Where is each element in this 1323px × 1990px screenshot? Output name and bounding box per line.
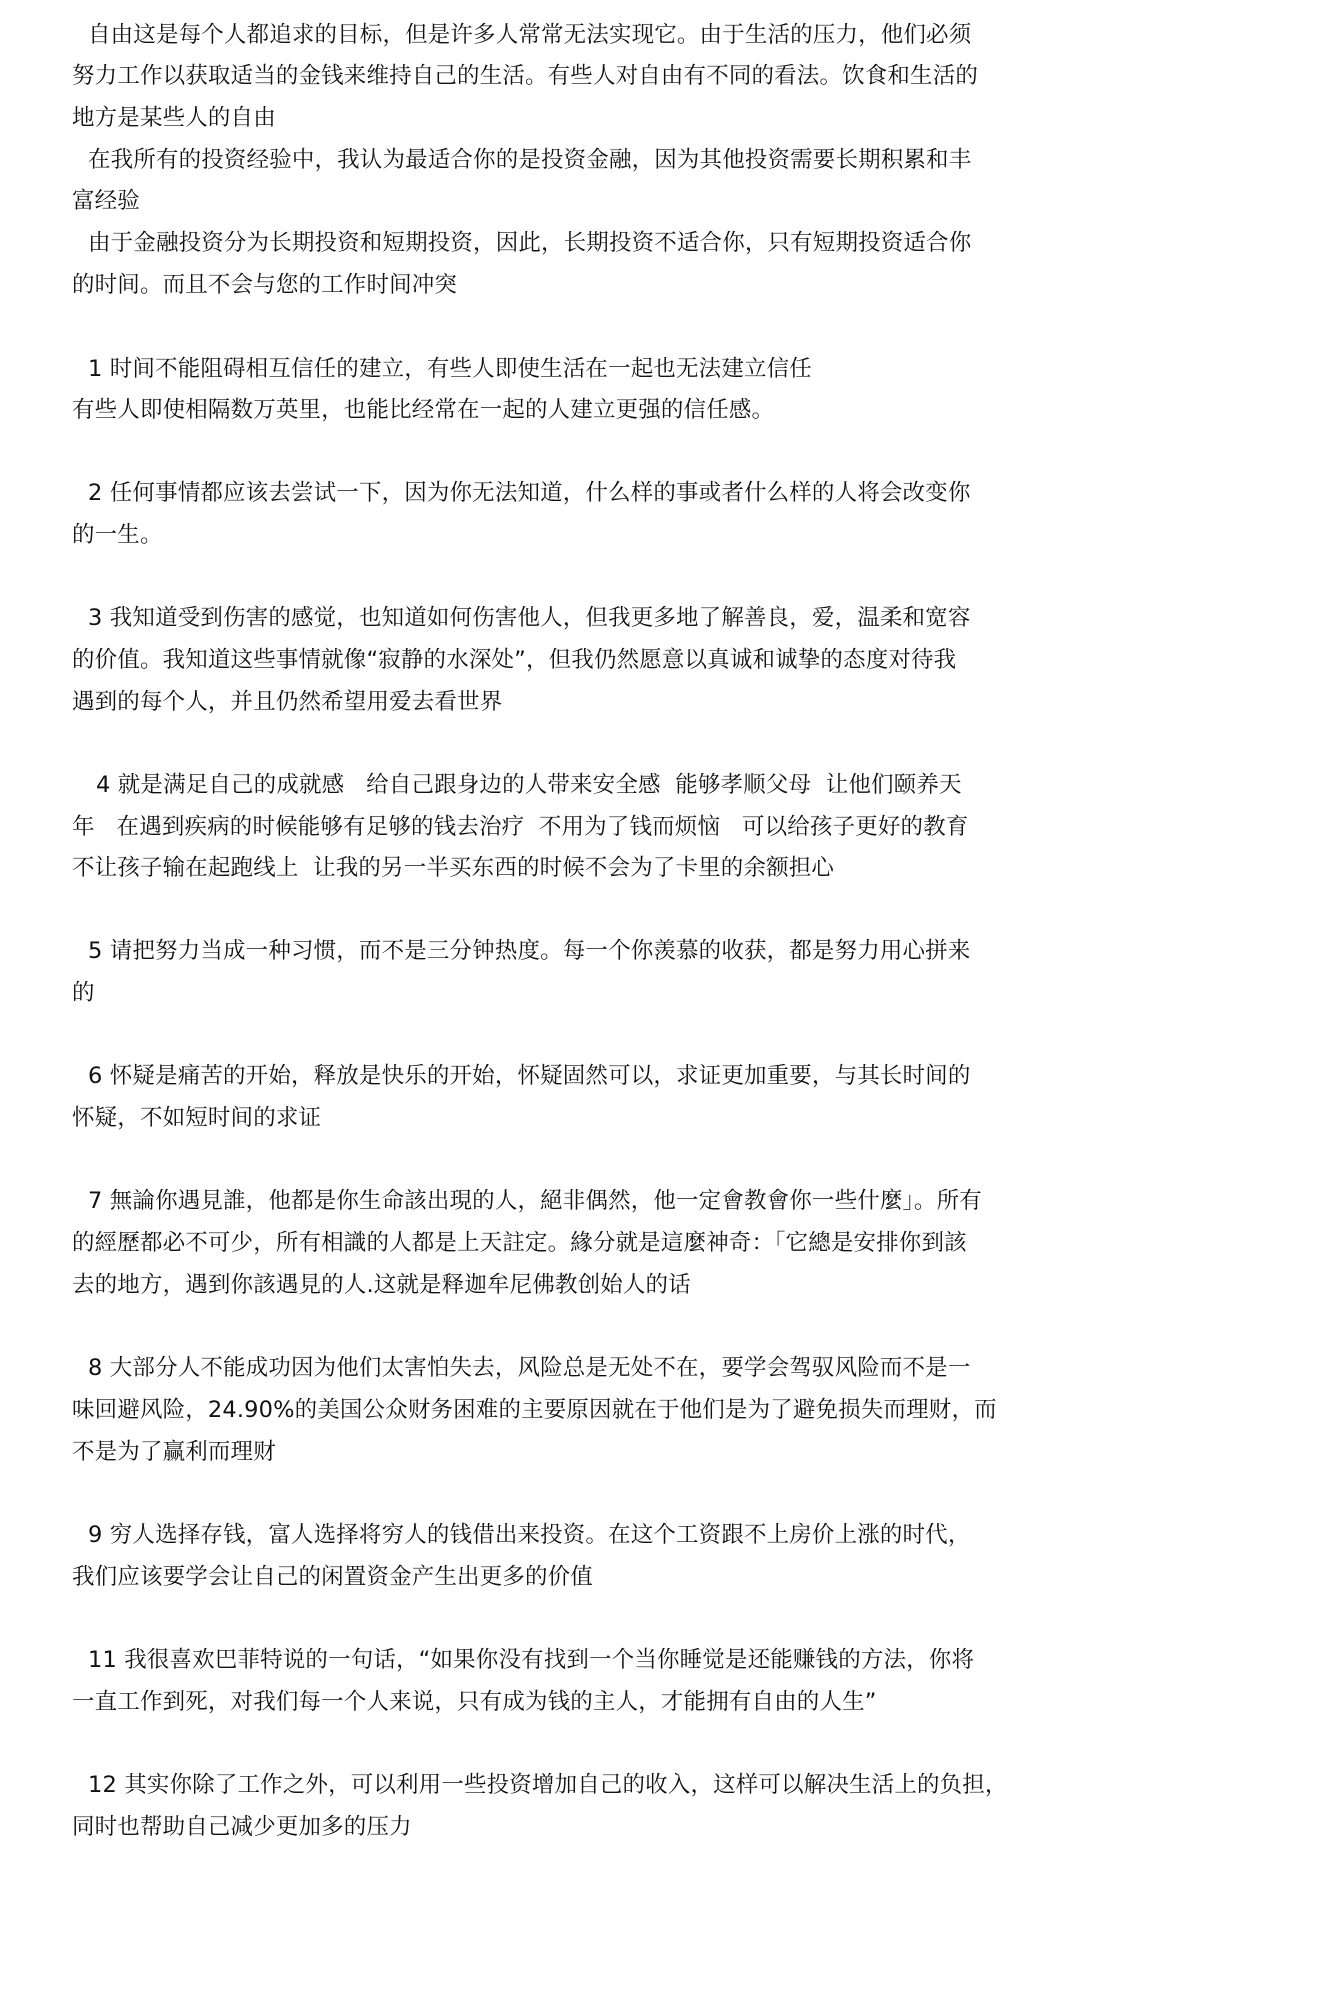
doc-line: 地方是某些人的自由 bbox=[72, 103, 276, 133]
doc-line: 9 穷人选择存钱，富人选择将穷人的钱借出来投资。在这个工资跟不上房价上涨的时代， bbox=[88, 1520, 970, 1550]
doc-line: 的 bbox=[72, 978, 95, 1008]
doc-line: 7 無論你遇見誰，他都是你生命該出現的人，絕非偶然，他一定會教會你一些什麼」。所… bbox=[88, 1186, 982, 1216]
document-page: 自由这是每个人都追求的目标，但是许多人常常无法实现它。由于生活的压力，他们必须 … bbox=[0, 0, 1323, 1990]
doc-line: 不是为了赢利而理财 bbox=[72, 1437, 276, 1467]
doc-line: 去的地方，遇到你該遇見的人.这就是释迦牟尼佛教创始人的话 bbox=[72, 1270, 691, 1300]
doc-line: 12 其实你除了工作之外，可以利用一些投资增加自己的收入，这样可以解决生活上的负… bbox=[88, 1770, 1008, 1800]
doc-line: 年 在遇到疾病的时候能够有足够的钱去治疗 不用为了钱而烦恼 可以给孩子更好的教育 bbox=[72, 812, 968, 842]
doc-line: 8 大部分人不能成功因为他们太害怕失去，风险总是无处不在，要学会驾驭风险而不是一 bbox=[88, 1353, 970, 1383]
doc-line: 6 怀疑是痛苦的开始，释放是快乐的开始，怀疑固然可以，求证更加重要，与其长时间的 bbox=[88, 1061, 970, 1091]
doc-line: 3 我知道受到伤害的感觉，也知道如何伤害他人，但我更多地了解善良，爱，温柔和宽容 bbox=[88, 603, 970, 633]
doc-line: 同时也帮助自己减少更加多的压力 bbox=[72, 1812, 412, 1842]
doc-line: 的一生。 bbox=[72, 520, 163, 550]
doc-line: 富经验 bbox=[72, 186, 140, 216]
doc-line: 努力工作以获取适当的金钱来维持自己的生活。有些人对自由有不同的看法。饮食和生活的 bbox=[72, 61, 978, 91]
doc-line: 怀疑，不如短时间的求证 bbox=[72, 1103, 321, 1133]
doc-line: 有些人即使相隔数万英里，也能比经常在一起的人建立更强的信任感。 bbox=[72, 395, 774, 425]
doc-line: 11 我很喜欢巴菲特说的一句话，“如果你没有找到一个当你睡觉是还能赚钱的方法，你… bbox=[88, 1645, 974, 1675]
doc-line: 2 任何事情都应该去尝试一下，因为你无法知道，什么样的事或者什么样的人将会改变你 bbox=[88, 478, 970, 508]
doc-line: 一直工作到死，对我们每一个人来说，只有成为钱的主人，才能拥有自由的人生” bbox=[72, 1687, 877, 1717]
doc-line: 味回避风险，24.90%的美国公众财务困难的主要原因就在于他们是为了避免损失而理… bbox=[72, 1395, 997, 1425]
doc-line: 的时间。而且不会与您的工作时间冲突 bbox=[72, 270, 457, 300]
doc-line: 自由这是每个人都追求的目标，但是许多人常常无法实现它。由于生活的压力，他们必须 bbox=[88, 20, 971, 50]
doc-line: 1 时间不能阻碍相互信任的建立，有些人即使生活在一起也无法建立信任 bbox=[88, 354, 812, 384]
doc-line: 的經歷都必不可少，所有相識的人都是上天註定。緣分就是這麼神奇：「它總是安排你到該 bbox=[72, 1228, 967, 1258]
doc-line: 的价值。我知道这些事情就像“寂静的水深处”，但我仍然愿意以真诚和诚挚的态度对待我 bbox=[72, 645, 956, 675]
doc-line: 我们应该要学会让自己的闲置资金产生出更多的价值 bbox=[72, 1562, 593, 1592]
doc-line: 5 请把努力当成一种习惯，而不是三分钟热度。每一个你羡慕的收获，都是努力用心拼来 bbox=[88, 936, 970, 966]
doc-line: 在我所有的投资经验中，我认为最适合你的是投资金融，因为其他投资需要长期积累和丰 bbox=[88, 145, 971, 175]
doc-line: 遇到的每个人，并且仍然希望用爱去看世界 bbox=[72, 687, 502, 717]
doc-line: 4 就是满足自己的成就感 给自己跟身边的人带来安全感 能够孝顺父母 让他们颐养天 bbox=[96, 770, 962, 800]
doc-line: 不让孩子输在起跑线上 让我的另一半买东西的时候不会为了卡里的余额担心 bbox=[72, 853, 834, 883]
doc-line: 由于金融投资分为长期投资和短期投资，因此，长期投资不适合你，只有短期投资适合你 bbox=[88, 228, 971, 258]
